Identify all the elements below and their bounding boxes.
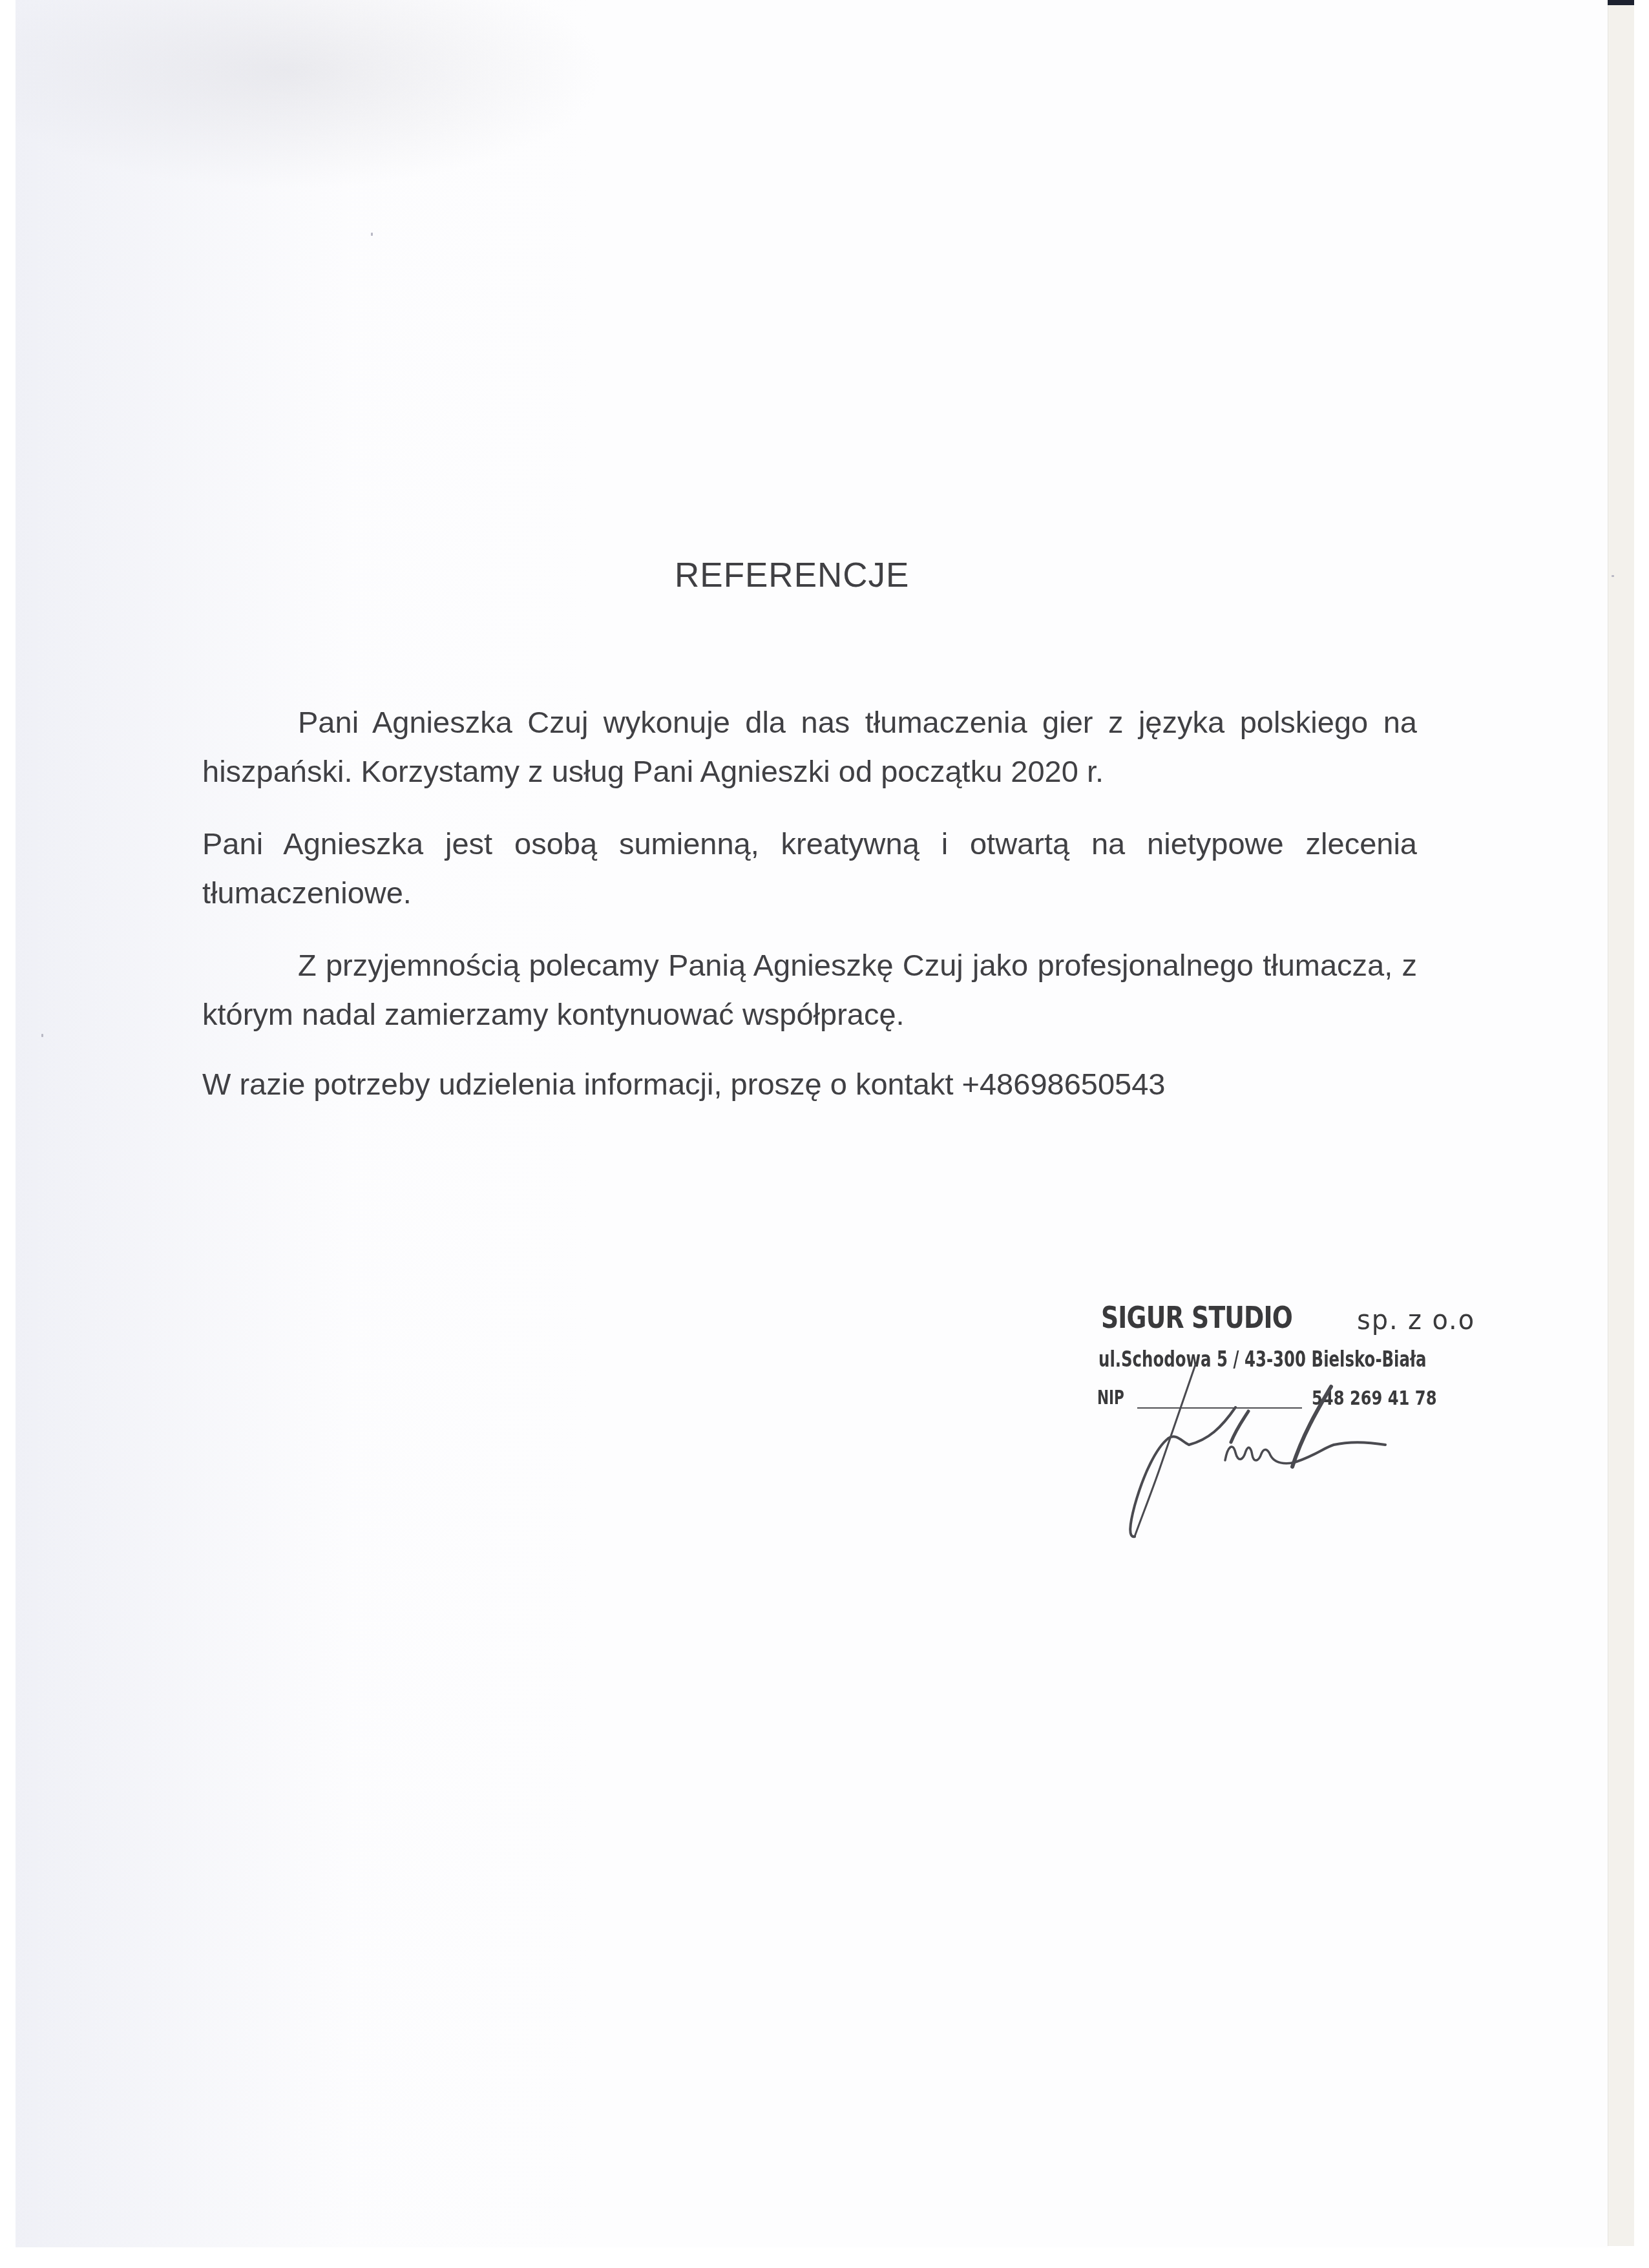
paragraph-contact: W razie potrzeby udzielenia informacji, … <box>202 1060 1417 1109</box>
scan-speck <box>41 1034 43 1037</box>
stamp-company-name: SIGUR STUDIO <box>1101 1300 1292 1335</box>
paragraph-translation-services: Pani Agnieszka Czuj wykonuje dla nas tłu… <box>202 698 1417 796</box>
paragraph-recommendation: Z przyjemnością polecamy Panią Agnieszkę… <box>202 941 1417 1039</box>
scanner-edge-strip <box>1608 0 1635 2246</box>
scan-margin-left <box>0 0 16 2268</box>
document-title: REFERENCJE <box>675 558 909 593</box>
handwritten-signature-icon <box>1098 1331 1409 1564</box>
paragraph-qualities: Pani Agnieszka jest osobą sumienną, krea… <box>202 819 1417 918</box>
stamp-company-line: SIGUR STUDIO <box>1101 1300 1334 1335</box>
scanner-edge-dark-band <box>1608 0 1634 5</box>
scan-margin-right <box>1634 0 1649 2268</box>
paper-sheet <box>16 0 1608 2247</box>
scan-speck <box>1612 575 1614 577</box>
scan-speck <box>371 233 373 236</box>
